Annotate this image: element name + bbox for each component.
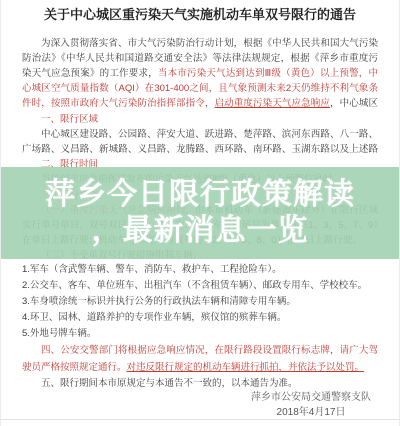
section-1-heading: 一、限行区域 (22, 112, 378, 127)
caption-line-2: ，最新消息一览 (92, 213, 309, 249)
signature-org: 萍乡市公安局交通警察支队 (251, 390, 371, 405)
notice-document: 关于中心城区重污染天气实施机动车单双号限行的通告 为深入贯彻落实省、市大气污染防… (0, 0, 400, 426)
list-item: 5.外地号牌车辆。 (22, 326, 378, 342)
document-title: 关于中心城区重污染天气实施机动车单双号限行的通告 (1, 6, 399, 23)
signature-date: 2018年4月17日 (251, 405, 371, 420)
caption-overlay: 萍乡今日限行政策解读 ，最新消息一览 (1, 167, 399, 259)
intro-paragraph: 为深入贯彻落实省、市大气污染防治行动计划，根据《中华人民共和国大气污染防治法》《… (22, 36, 378, 112)
section-4-paragraph: 四、公安交警部门将根据应急响应情况，在限行路段设置限行标志牌，请广大驾驶员严格按… (22, 342, 378, 376)
exempt-vehicle-list: 1.军车（含武警车辆、警车、消防车、救护车、工程抢险车）。 2.公交车、客车、单… (22, 262, 378, 342)
caption-line-1: 萍乡今日限行政策解读 (45, 177, 355, 213)
list-item: 3.车身喷涂统一标识并执行公务的行政执法车辆和清障专用车辆。 (22, 294, 378, 310)
signature-block: 萍乡市公安局交通警察支队 2018年4月17日 (251, 390, 371, 420)
section-1-body: 中心城区建设路、公园路、萍安大道、跃进路、楚萍路、滨河东西路、八一路、广场路、义… (22, 127, 378, 157)
list-item: 4.环卫、园林、道路养护的专项作业车辆，殡仪馆的殡葬车辆。 (22, 310, 378, 326)
list-item: 1.军车（含武警车辆、警车、消防车、救护车、工程抢险车）。 (22, 262, 378, 278)
bottom-divider (1, 419, 399, 420)
section-4-text-red-underlined: 对违反限行规定的机动车辆进行抓拍，并依法予以处罚。 (127, 362, 365, 373)
section-5-paragraph: 五、限行期间本市原规定与本通告不一致的，以本通告为准。 (22, 376, 378, 391)
list-item: 2.公交车、客车、单位班车、出租汽车（不含租赁车辆）、邮政专用车、学校校车。 (22, 278, 378, 294)
intro-text-red-underlined: 启动重度污染天气应急响应 (214, 98, 330, 109)
